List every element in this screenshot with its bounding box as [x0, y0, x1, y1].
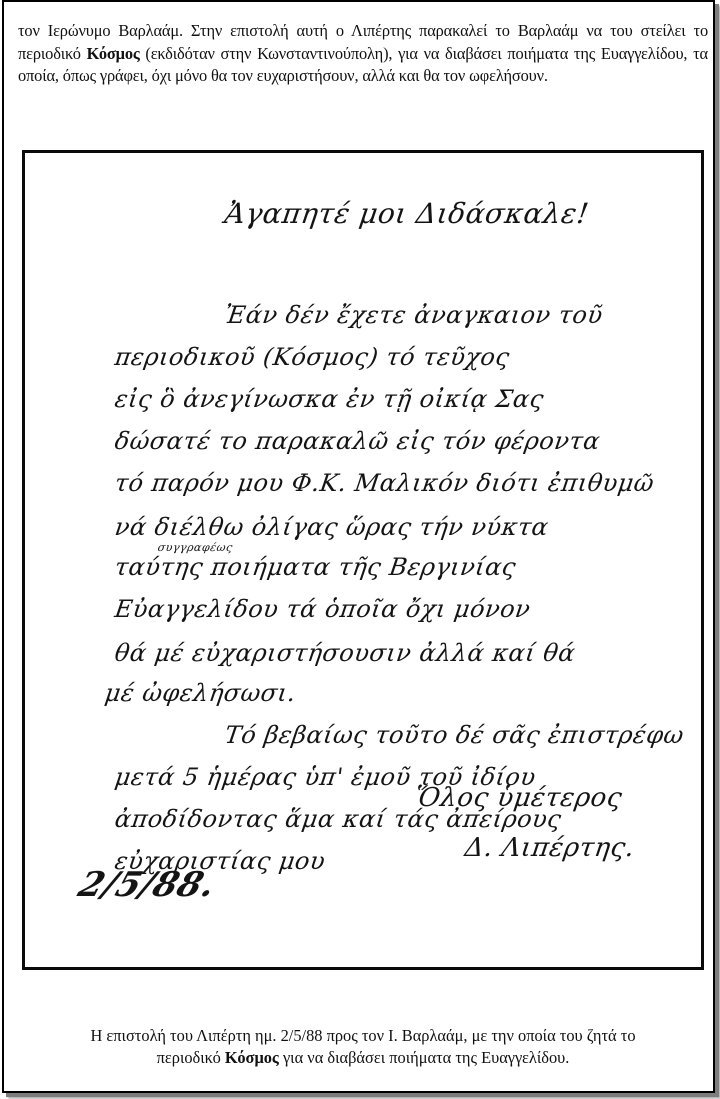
caption-text-end: για να διαβάσει ποιήματα της Ευαγγελίδου…: [279, 1048, 570, 1067]
letter-signature: Δ. Λιπέρτης.: [463, 833, 637, 863]
letter-line: μέ ὠφελήσωσι.: [103, 679, 298, 707]
letter-line: συγγραφέως ταύτης ποιήματα τῆς Βεργινίας: [113, 553, 518, 581]
caption-line-1: Η επιστολή του Λιπέρτη ημ. 2/5/88 προς τ…: [18, 1025, 708, 1047]
letter-line: τό παρόν μου Φ.Κ. Μαλικόν διότι ἐπιθυμῶ: [113, 469, 656, 497]
letter-line: δώσατέ το παρακαλῶ εἰς τόν φέροντα: [113, 427, 602, 455]
letter-line: νά διέλθω ὀλίγας ὥρας τήν νύκτα: [113, 513, 550, 541]
caption-magazine-title: Κόσμος: [225, 1048, 279, 1067]
letter-facsimile: Ἀγαπητέ μοι Διδάσκαλε! Ἐάν δέν ἔχετε ἀνα…: [22, 150, 704, 970]
letter-line: περιοδικοῦ (Κόσμος) τό τεῦχος: [113, 343, 511, 371]
book-page: τον Ιερώνυμο Βαρλαάμ. Στην επιστολή αυτή…: [2, 0, 715, 1093]
letter-greeting: Ἀγαπητέ μοι Διδάσκαλε!: [223, 197, 591, 230]
figure-caption: Η επιστολή του Λιπέρτη ημ. 2/5/88 προς τ…: [18, 1025, 708, 1069]
caption-text: περιοδικό: [157, 1048, 225, 1067]
letter-line: εἰς ὃ ἀνεγίνωσκα ἐν τῇ οἰκίᾳ Σας: [113, 385, 546, 413]
letter-closing: Ὅλος ὑμέτερος: [413, 783, 624, 813]
letter-insertion: συγγραφέως: [157, 541, 234, 554]
letter-line: Τό βεβαίως τοῦτο δέ σᾶς ἐπιστρέφω: [223, 721, 686, 749]
letter-line: Εὐαγγελίδου τά ὁποῖα ὄχι μόνον: [113, 595, 532, 623]
intro-paragraph: τον Ιερώνυμο Βαρλαάμ. Στην επιστολή αυτή…: [18, 20, 708, 88]
caption-line-2: περιοδικό Κόσμος για να διαβάσει ποιήματ…: [18, 1047, 708, 1069]
letter-line: θά μέ εὐχαριστήσουσιν ἀλλά καί θά: [113, 639, 577, 667]
letter-line-text: ταύτης ποιήματα τῆς Βεργινίας: [113, 553, 518, 581]
magazine-title: Κόσμος: [87, 44, 140, 63]
letter-date: 2/5/88.: [74, 865, 222, 905]
letter-line: Ἐάν δέν ἔχετε ἀναγκαιον τοῦ: [223, 301, 605, 329]
